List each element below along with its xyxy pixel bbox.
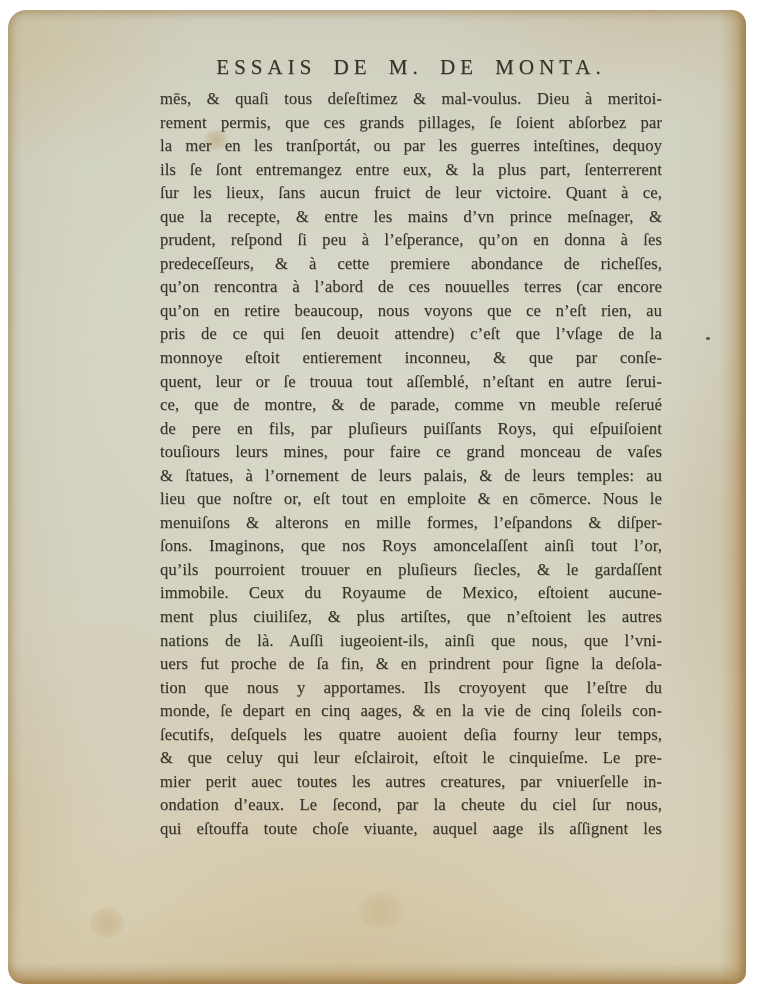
text-line: prudent, reſpond ſi peu à l’eſperance, q…	[160, 228, 662, 252]
text-line: touſiours leurs mines, pour faire ce gra…	[160, 440, 662, 464]
paper-speck	[706, 337, 710, 340]
text-line: qui eſtouffa toute choſe viuante, auquel…	[160, 817, 662, 841]
text-line: menuiſons & alterons en mille formes, l’…	[160, 511, 662, 535]
body-text: mēs, & quaſi tous deſeſtimez & mal-voulu…	[160, 87, 662, 841]
text-line: monnoye eſtoit entierement inconneu, & q…	[160, 346, 662, 370]
text-line: uers fut proche de ſa fin, & en prindren…	[160, 652, 662, 676]
text-line: quent, leur or ſe trouua tout aſſemblé, …	[160, 370, 662, 394]
text-line: rement permis, que ces grands pillages, …	[160, 111, 662, 135]
text-line: ment plus ciuiliſez, & plus artiſtes, qu…	[160, 605, 662, 629]
scan-background: ESSAIS DE M. DE MONTA. mēs, & quaſi tous…	[0, 0, 768, 993]
text-line: lieu que noſtre or, eſt tout en emploite…	[160, 487, 662, 511]
text-line: & que celuy qui leur eſclairoit, eſtoit …	[160, 746, 662, 770]
book-page: ESSAIS DE M. DE MONTA. mēs, & quaſi tous…	[8, 10, 746, 984]
paper-stain	[90, 908, 124, 938]
text-line: tion que nous y apportames. Ils croyoyen…	[160, 676, 662, 700]
text-line: pris de ce qui ſen deuoit attendre) c’eſ…	[160, 322, 662, 346]
text-line: qu’on rencontra à l’abord de ces nouuell…	[160, 275, 662, 299]
text-line: que la recepte, & entre les mains d’vn p…	[160, 205, 662, 229]
text-line: predeceſſeurs, & à cette premiere abonda…	[160, 252, 662, 276]
text-line: la mer en les tranſportát, ou par les gu…	[160, 134, 662, 158]
text-line: immobile. Ceux du Royaume de Mexico, eſt…	[160, 581, 662, 605]
text-line: monde, ſe depart en cinq aages, & en la …	[160, 699, 662, 723]
text-line: ſur les lieux, ſans aucun fruict de leur…	[160, 181, 662, 205]
running-header: ESSAIS DE M. DE MONTA.	[160, 54, 662, 80]
text-line: & ſtatues, à l’ornement de leurs palais,…	[160, 464, 662, 488]
text-line: mier perit auec toutes les autres creatu…	[160, 770, 662, 794]
text-line: ſecutifs, deſquels les quatre auoient de…	[160, 723, 662, 747]
paper-stain	[358, 892, 404, 928]
text-line: ce, que de montre, & de parade, comme vn…	[160, 393, 662, 417]
text-block: ESSAIS DE M. DE MONTA. mēs, & quaſi tous…	[160, 54, 662, 841]
text-line: de pere en fils, par pluſieurs puiſſants…	[160, 417, 662, 441]
text-line: qu’on en retire beaucoup, nous voyons qu…	[160, 299, 662, 323]
text-line: ils ſe ſont entremangez entre eux, & la …	[160, 158, 662, 182]
text-line: mēs, & quaſi tous deſeſtimez & mal-voulu…	[160, 87, 662, 111]
text-line: ſons. Imaginons, que nos Roys amoncelaſſ…	[160, 534, 662, 558]
text-line: ondation d’eaux. Le ſecond, par la cheut…	[160, 793, 662, 817]
text-line: qu’ils pourroient trouuer en pluſieurs ſ…	[160, 558, 662, 582]
text-line: nations de là. Auſſi iugeoient-ils, ainſ…	[160, 629, 662, 653]
